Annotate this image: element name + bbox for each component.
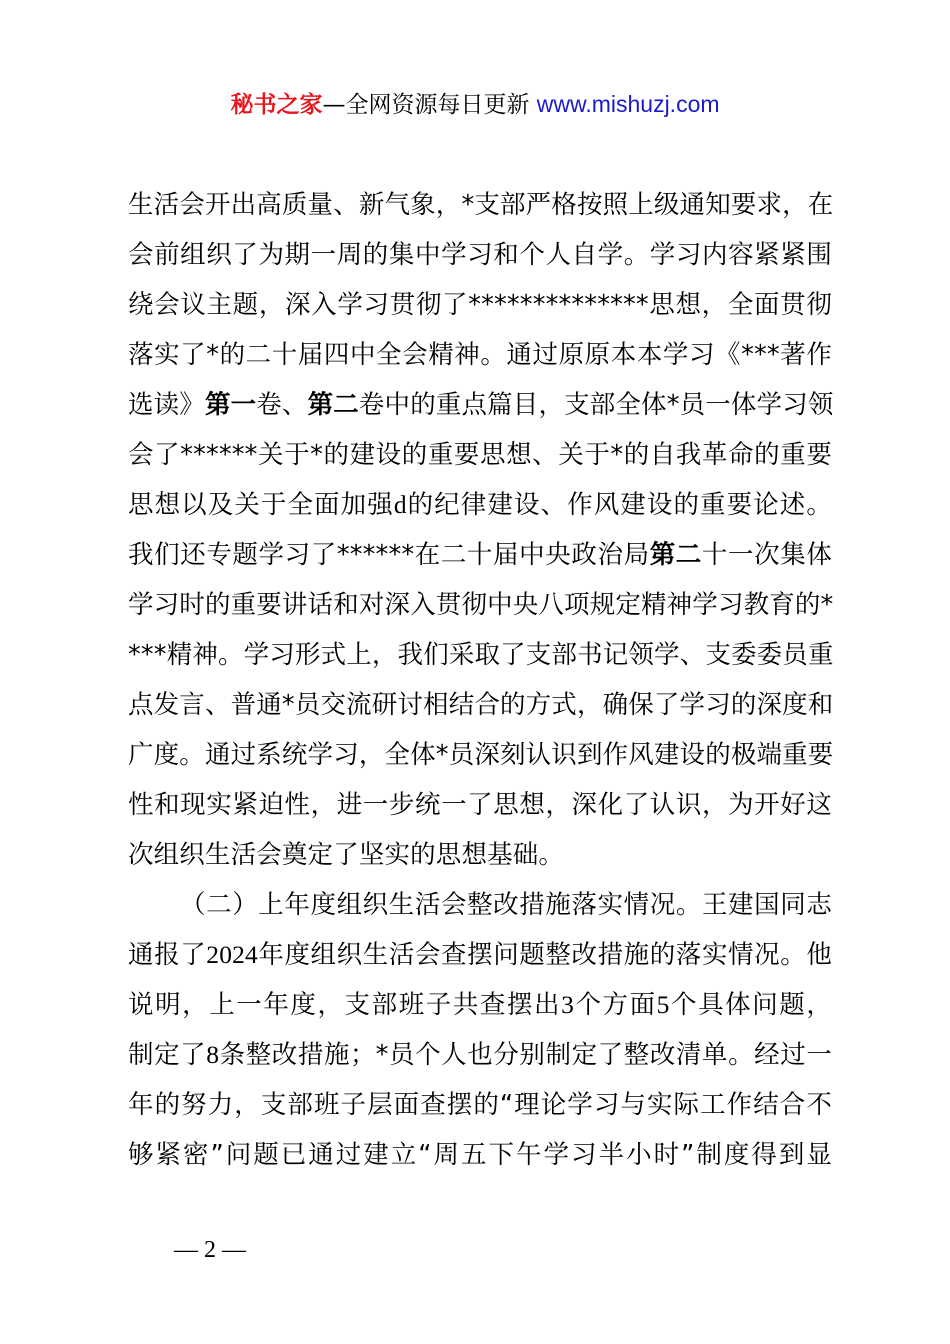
text-segment: 性和现实紧迫性，进一步统一了思想，深化了认识，为开好这	[128, 790, 832, 820]
number-text: 2024	[206, 940, 258, 969]
text-line: 生活会开出高质量、新气象，*支部严格按照上级通知要求，在	[128, 180, 832, 230]
text-segment: 年度组织生活会查摆问题整改措施的落实情况。他	[258, 940, 832, 970]
text-segment: 条整改措施；*员个人也分别制定了整改清单。经过一	[219, 1040, 832, 1070]
text-line: 制定了8条整改措施；*员个人也分别制定了整改清单。经过一	[128, 1030, 832, 1080]
text-segment: 年的努力，支部班子层面查摆的“理论学习与实际工作结合不	[128, 1090, 832, 1120]
text-line: 性和现实紧迫性，进一步统一了思想，深化了认识，为开好这	[128, 780, 832, 830]
text-segment: 的纪律建设、作风建设的重要论述。	[407, 490, 832, 520]
text-segment: 卷、	[256, 390, 307, 420]
text-segment: 个具体问题，	[670, 990, 832, 1020]
section-heading-line: （二）上年度组织生活会整改措施落实情况。王建国同志	[128, 880, 832, 930]
text-segment: 卷中的重点篇目，支部全体*员一体学习领	[359, 390, 834, 420]
text-segment: 点发言、普通*员交流研讨相结合的方式，确保了学习的深度和	[128, 690, 833, 720]
text-segment: 思想以及关于全面加强	[128, 490, 394, 520]
text-segment: 广度。通过系统学习，全体*员深刻认识到作风建设的极端重要	[128, 740, 833, 770]
text-segment: 选读》	[128, 390, 205, 420]
text-line: 够紧密”问题已通过建立“周五下午学习半小时”制度得到显	[128, 1130, 832, 1180]
text-line: 点发言、普通*员交流研讨相结合的方式，确保了学习的深度和	[128, 680, 832, 730]
text-line: 广度。通过系统学习，全体*员深刻认识到作风建设的极端重要	[128, 730, 832, 780]
bold-text: 第二	[308, 390, 359, 420]
bold-text: 第一	[205, 390, 256, 420]
bold-text: 第二	[650, 540, 702, 570]
text-segment: 制定了	[128, 1040, 206, 1070]
text-line: 绕会议主题，深入学习贯彻了**************思想，全面贯彻	[128, 280, 832, 330]
document-body: 生活会开出高质量、新气象，*支部严格按照上级通知要求，在 会前组织了为期一周的集…	[128, 180, 832, 1180]
latin-text: d	[394, 490, 407, 519]
text-segment: （二）上年度组织生活会整改措施落实情况。王建国同志	[180, 890, 832, 920]
text-line: 通报了2024年度组织生活会查摆问题整改措施的落实情况。他	[128, 930, 832, 980]
text-line: 会前组织了为期一周的集中学习和个人自学。学习内容紧紧围	[128, 230, 832, 280]
text-line: 落实了*的二十届四中全会精神。通过原原本本学习《***著作	[128, 330, 832, 380]
number-text: 3	[561, 990, 574, 1019]
text-line: 我们还专题学习了******在二十届中央政治局第二十一次集体	[128, 530, 832, 580]
text-line: 选读》第一卷、第二卷中的重点篇目，支部全体*员一体学习领	[128, 380, 832, 430]
text-segment: 个方面	[574, 990, 657, 1020]
text-segment: 我们还专题学习了******在二十届中央政治局	[128, 540, 650, 570]
text-line: 说明，上一年度，支部班子共查摆出3个方面5个具体问题，	[128, 980, 832, 1030]
text-segment: 会了******关于*的建设的重要思想、关于*的自我革命的重要	[128, 440, 832, 470]
number-text: 8	[206, 1040, 219, 1069]
text-segment: 生活会开出高质量、新气象，*支部严格按照上级通知要求，在	[128, 190, 833, 220]
text-segment: 次组织生活会奠定了坚实的思想基础。	[128, 840, 564, 870]
text-line: 年的努力，支部班子层面查摆的“理论学习与实际工作结合不	[128, 1080, 832, 1130]
text-line: 学习时的重要讲话和对深入贯彻中央八项规定精神学习教育的*	[128, 580, 832, 630]
brand-name: 秘书之家	[230, 92, 322, 118]
page-number: — 2 —	[174, 1232, 246, 1268]
text-segment: 会前组织了为期一周的集中学习和个人自学。学习内容紧紧围	[128, 240, 832, 270]
text-line: 思想以及关于全面加强d的纪律建设、作风建设的重要论述。	[128, 480, 832, 530]
text-segment: 学习时的重要讲话和对深入贯彻中央八项规定精神学习教育的*	[128, 590, 833, 620]
text-line: ***精神。学习形式上，我们采取了支部书记领学、支委委员重	[128, 630, 832, 680]
text-segment: 够紧密”问题已通过建立“周五下午学习半小时”制度得到显	[128, 1140, 832, 1170]
text-line: 会了******关于*的建设的重要思想、关于*的自我革命的重要	[128, 430, 832, 480]
text-segment: 十一次集体	[702, 540, 832, 570]
banner-url-link[interactable]: www.mishuzj.com	[537, 91, 720, 117]
text-segment: 说明，上一年度，支部班子共查摆出	[128, 990, 561, 1020]
banner-slogan: —全网资源每日更新	[322, 92, 536, 118]
number-text: 5	[657, 990, 670, 1019]
text-segment: 落实了*的二十届四中全会精神。通过原原本本学习《***著作	[128, 340, 832, 370]
text-segment: 通报了	[128, 940, 206, 970]
site-banner: 秘书之家—全网资源每日更新 www.mishuzj.com	[0, 86, 950, 123]
text-line: 次组织生活会奠定了坚实的思想基础。	[128, 830, 832, 880]
text-segment: ***精神。学习形式上，我们采取了支部书记领学、支委委员重	[128, 640, 834, 670]
text-segment: 绕会议主题，深入学习贯彻了**************思想，全面贯彻	[128, 290, 832, 320]
